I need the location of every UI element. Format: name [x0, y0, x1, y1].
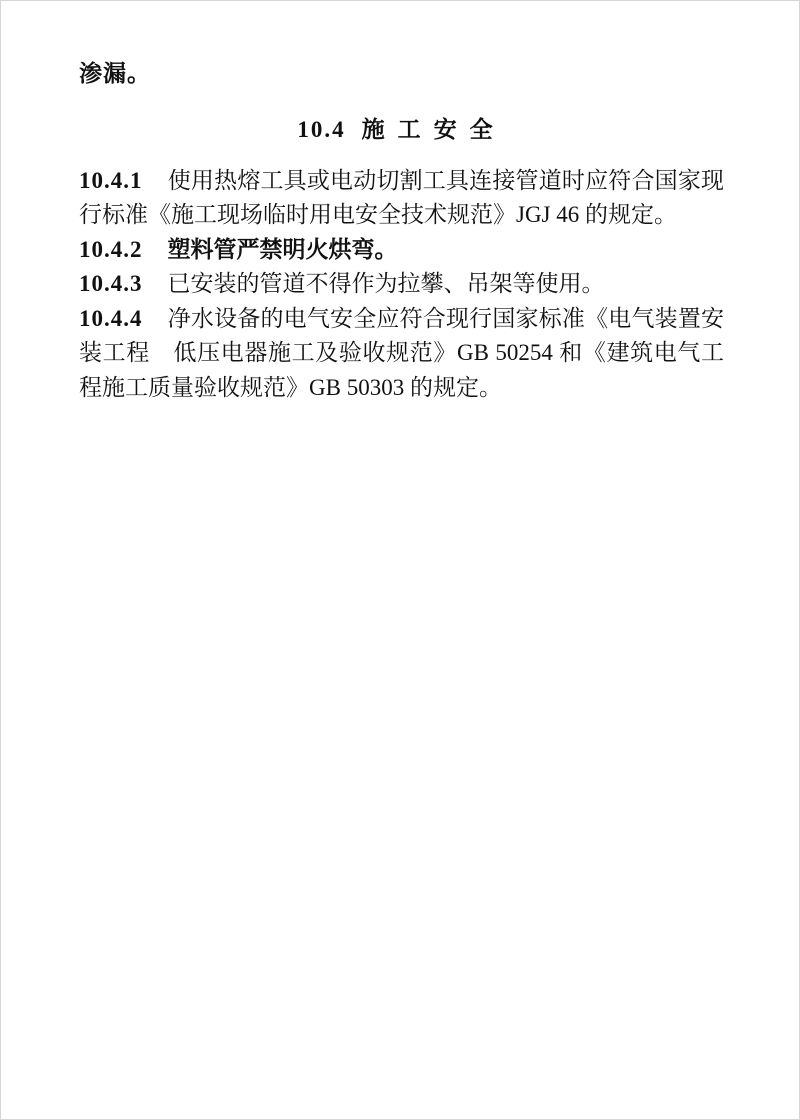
clause-text: 使用热熔工具或电动切割工具连接管道时应符合国家现行标准《施工现场临时用电安全技术…: [79, 168, 724, 228]
clause-paragraph: 10.4.1使用热熔工具或电动切割工具连接管道时应符合国家现行标准《施工现场临时…: [79, 164, 724, 233]
document-page: 渗漏。 10.4施工安全 10.4.1使用热熔工具或电动切割工具连接管道时应符合…: [0, 0, 800, 1120]
carryover-text: 渗漏。: [79, 57, 724, 92]
clause-paragraph: 10.4.2塑料管严禁明火烘弯。: [79, 233, 724, 268]
clause-paragraph: 10.4.3已安装的管道不得作为拉攀、吊架等使用。: [79, 267, 724, 302]
section-heading: 10.4施工安全: [79, 112, 724, 147]
clause-text: 已安装的管道不得作为拉攀、吊架等使用。: [168, 271, 605, 296]
clause-number: 10.4.3: [79, 271, 143, 296]
section-body: 10.4.1使用热熔工具或电动切割工具连接管道时应符合国家现行标准《施工现场临时…: [79, 164, 724, 406]
clause-paragraph: 10.4.4净水设备的电气安全应符合现行国家标准《电气装置安装工程 低压电器施工…: [79, 302, 724, 406]
page-content: 渗漏。 10.4施工安全 10.4.1使用热熔工具或电动切割工具连接管道时应符合…: [79, 1, 724, 405]
section-heading-title: 施工安全: [362, 117, 506, 142]
clause-text: 净水设备的电气安全应符合现行国家标准《电气装置安装工程 低压电器施工及验收规范》…: [79, 306, 724, 400]
clause-text: 塑料管严禁明火烘弯。: [168, 237, 398, 262]
clause-number: 10.4.2: [79, 237, 143, 262]
clause-number: 10.4.1: [79, 168, 143, 193]
clause-number: 10.4.4: [79, 306, 143, 331]
section-heading-number: 10.4: [297, 117, 345, 142]
